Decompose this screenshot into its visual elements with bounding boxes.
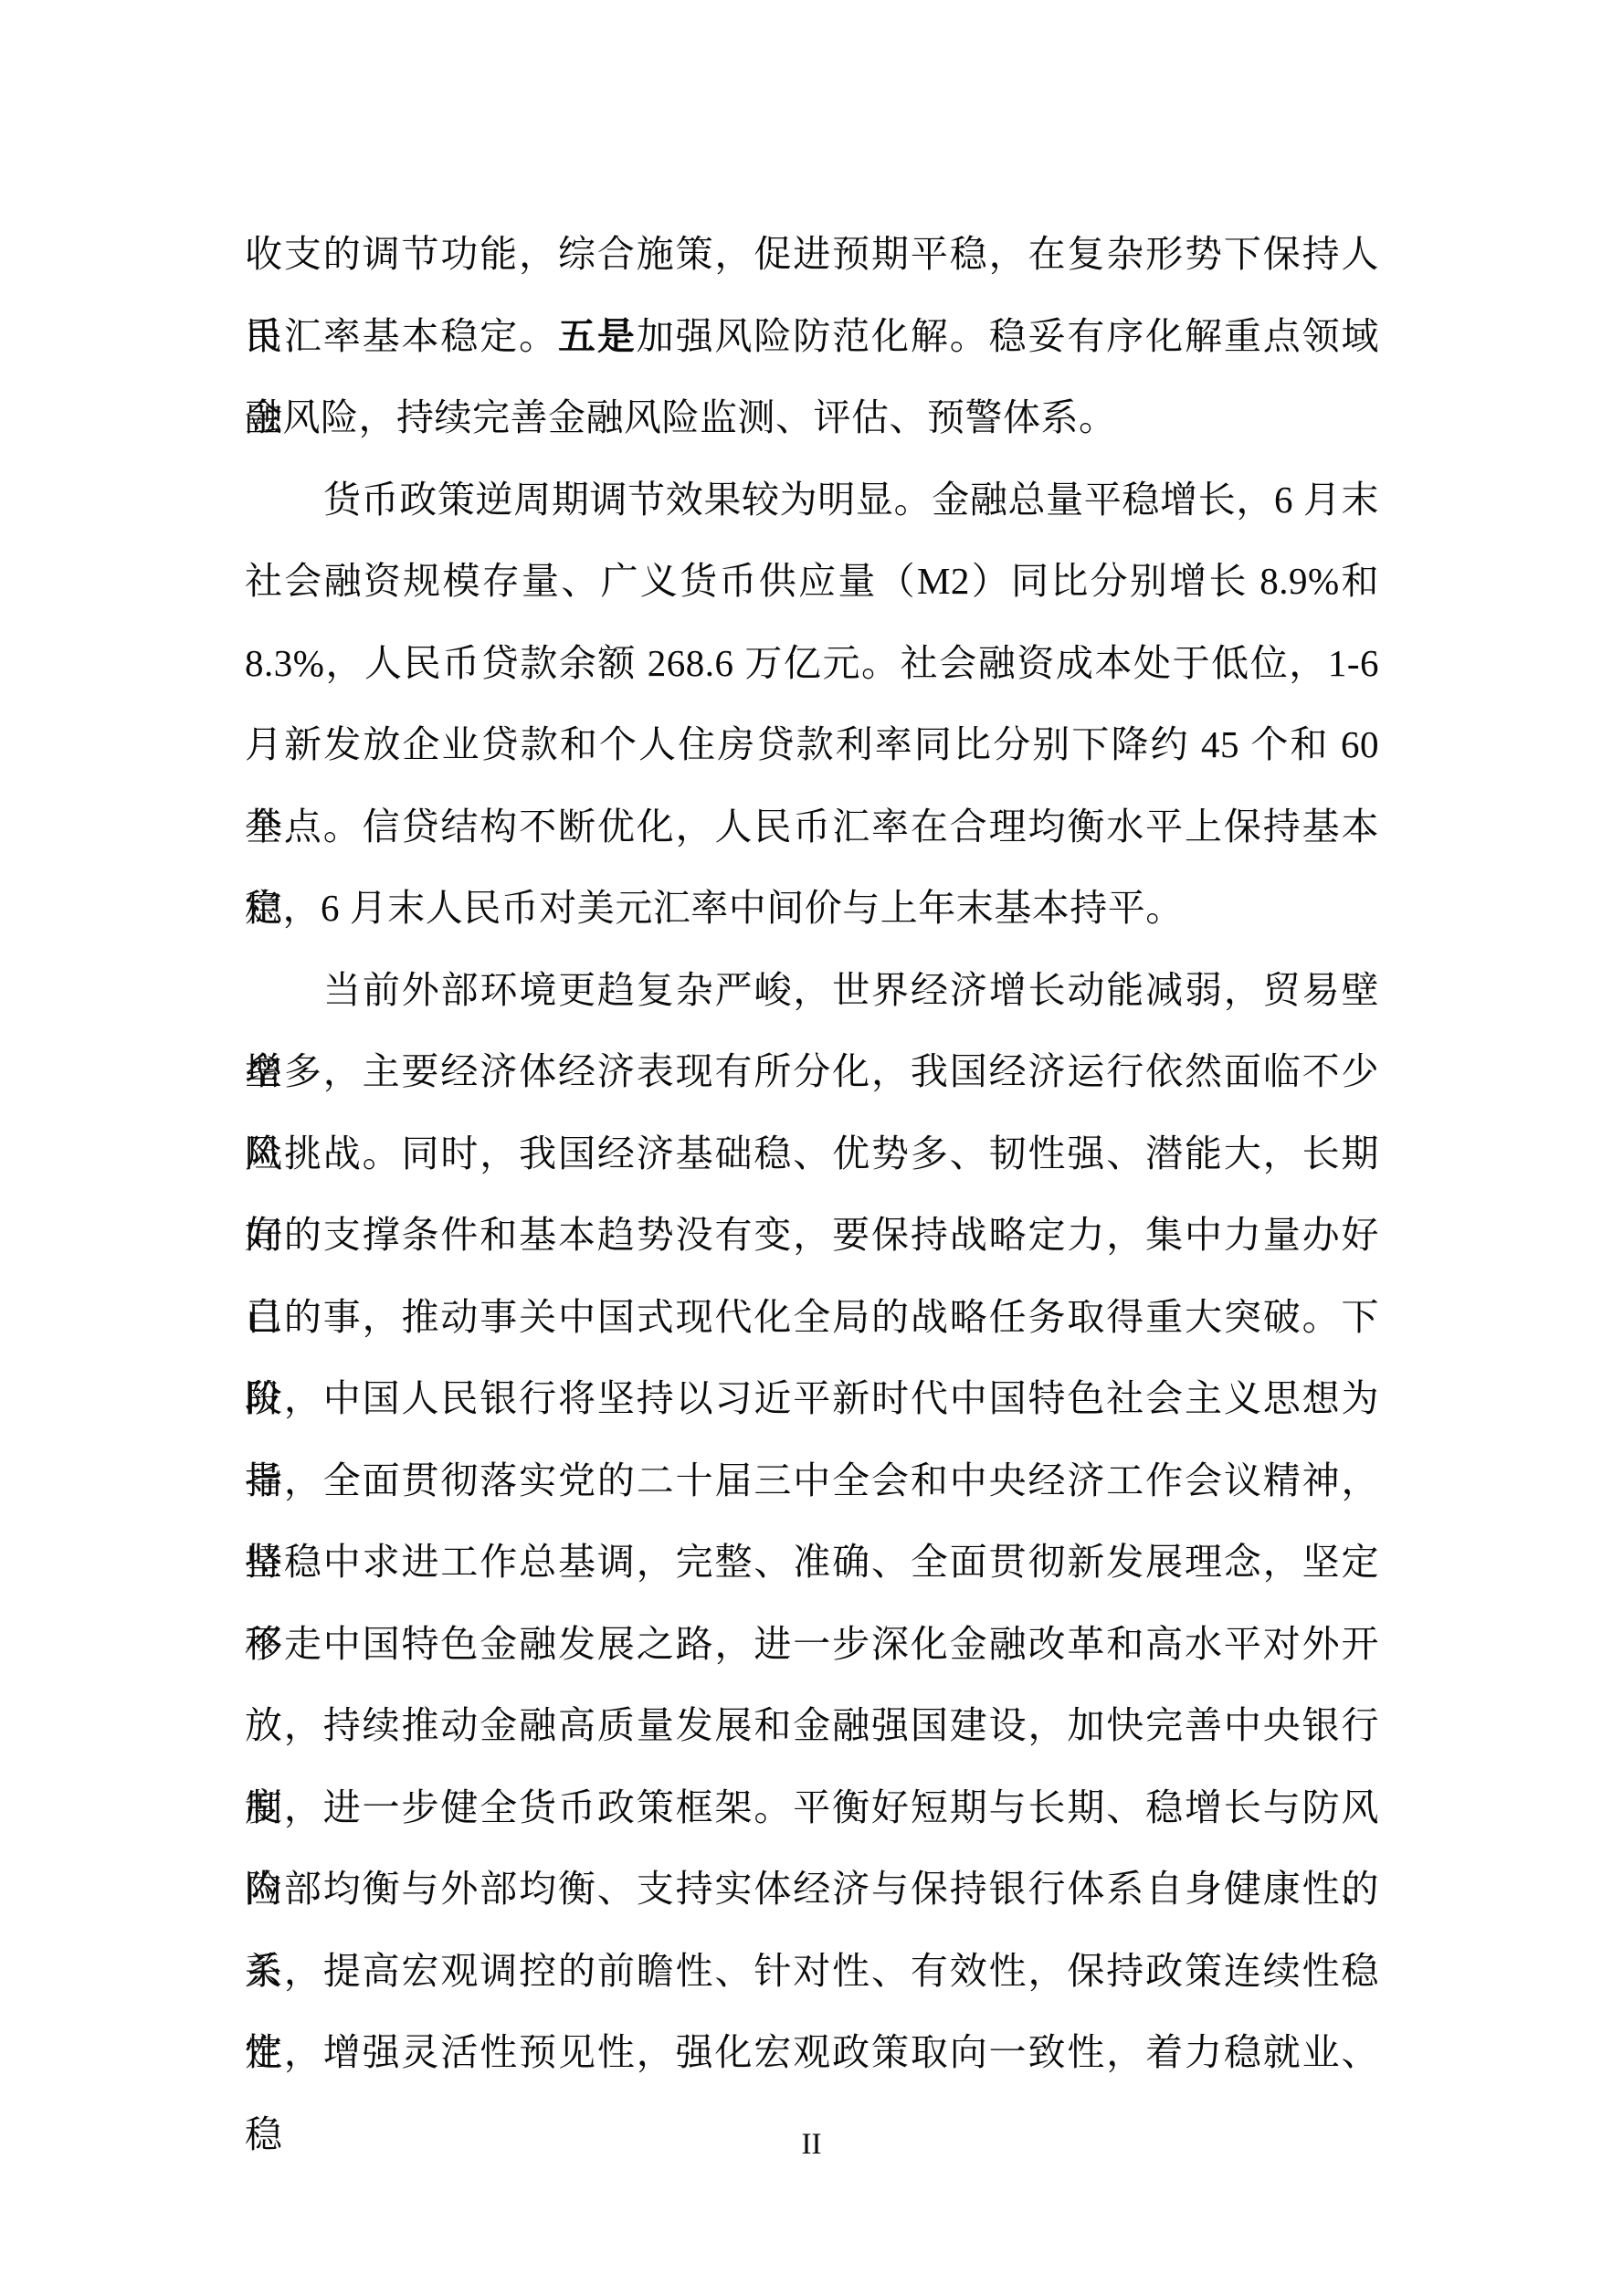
body-text: 货币政策逆周期调节效果较为明显。金融总量平稳增长，6 月末 [323, 479, 1379, 521]
body-text: 融风险，持续完善金融风险监测、评估、预警体系。 [245, 396, 1117, 438]
body-text: 定，6 月末人民币对美元汇率中间价与上年末基本持平。 [245, 887, 1184, 929]
text-line: 险挑战。同时，我国经济基础稳、优势多、韧性强、潜能大，长期向 [245, 1113, 1379, 1195]
text-line: 段，中国人民银行将坚持以习近平新时代中国特色社会主义思想为指 [245, 1358, 1379, 1440]
text-line: 月新发放企业贷款和个人住房贷款利率同比分别下降约 45 个和 60 个 [245, 704, 1379, 786]
page-number: II [0, 2126, 1623, 2163]
text-line: 定，6 月末人民币对美元汇率中间价与上年末基本持平。 [245, 868, 1379, 950]
body-text: 币汇率基本稳定。 [245, 315, 558, 357]
text-line: 货币政策逆周期调节效果较为明显。金融总量平稳增长，6 月末 [245, 459, 1379, 542]
text-line: 度，进一步健全货币政策框架。平衡好短期与长期、稳增长与防风险、 [245, 1767, 1379, 1849]
text-line: 8.3%，人民币贷款余额 268.6 万亿元。社会融资成本处于低位，1-6 [245, 623, 1379, 705]
text-line: 系，提高宏观调控的前瞻性、针对性、有效性，保持政策连续性稳定 [245, 1931, 1379, 2013]
text-line: 基点。信贷结构不断优化，人民币汇率在合理均衡水平上保持基本稳 [245, 786, 1379, 869]
text-line: 社会融资规模存量、广义货币供应量（M2）同比分别增长 8.9%和 [245, 541, 1379, 623]
body-text: 移走中国特色金融发展之路，进一步深化金融改革和高水平对外开 [245, 1623, 1379, 1665]
document-page: 收支的调节功能，综合施策，促进预期平稳，在复杂形势下保持人民币汇率基本稳定。五是… [0, 0, 1623, 2296]
text-line: 币汇率基本稳定。五是加强风险防范化解。稳妥有序化解重点领域金 [245, 296, 1379, 378]
bold-emphasis-text: 五是 [558, 315, 637, 357]
text-line: 融风险，持续完善金融风险监测、评估、预警体系。 [245, 377, 1379, 459]
text-line: 移走中国特色金融发展之路，进一步深化金融改革和高水平对外开 [245, 1604, 1379, 1686]
text-line: 好的支撑条件和基本趋势没有变，要保持战略定力，集中力量办好自 [245, 1195, 1379, 1277]
text-line: 增多，主要经济体经济表现有所分化，我国经济运行依然面临不少风 [245, 1031, 1379, 1113]
body-text: 8.3%，人民币贷款余额 268.6 万亿元。社会融资成本处于低位，1-6 [245, 642, 1379, 684]
document-body: 收支的调节功能，综合施策，促进预期平稳，在复杂形势下保持人民币汇率基本稳定。五是… [245, 214, 1379, 2094]
text-line: 收支的调节功能，综合施策，促进预期平稳，在复杂形势下保持人民 [245, 214, 1379, 296]
text-line: 持稳中求进工作总基调，完整、准确、全面贯彻新发展理念，坚定不 [245, 1522, 1379, 1604]
text-line: 导，全面贯彻落实党的二十届三中全会和中央经济工作会议精神，坚 [245, 1440, 1379, 1522]
text-line: 内部均衡与外部均衡、支持实体经济与保持银行体系自身健康性的关 [245, 1848, 1379, 1931]
text-line: 己的事，推动事关中国式现代化全局的战略任务取得重大突破。下阶 [245, 1277, 1379, 1359]
body-text: 社会融资规模存量、广义货币供应量（M2）同比分别增长 8.9%和 [245, 560, 1379, 602]
text-line: 当前外部环境更趋复杂严峻，世界经济增长动能减弱，贸易壁垒 [245, 950, 1379, 1032]
text-line: 放，持续推动金融高质量发展和金融强国建设，加快完善中央银行制 [245, 1685, 1379, 1767]
text-line: 性，增强灵活性预见性，强化宏观政策取向一致性，着力稳就业、稳 [245, 2012, 1379, 2094]
